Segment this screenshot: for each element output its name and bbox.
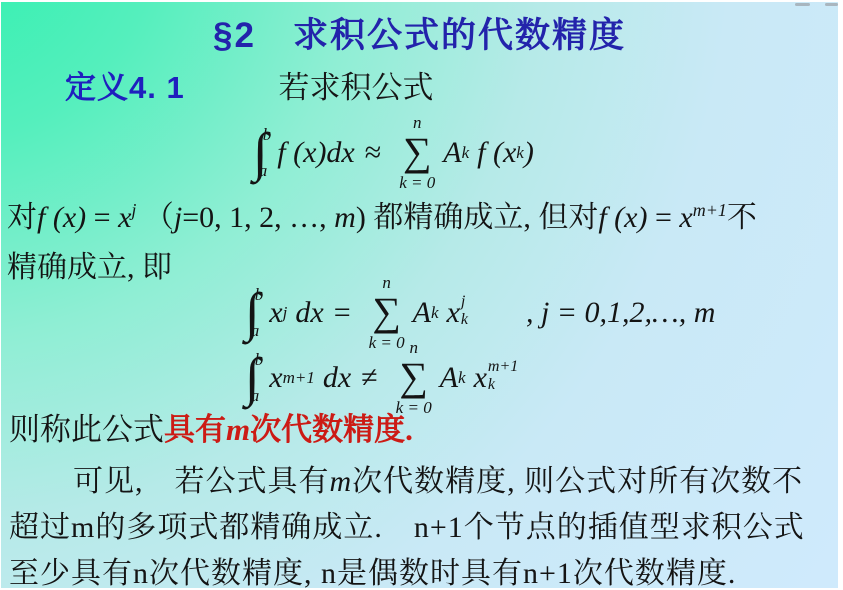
integral-sign: ∫ b a xyxy=(253,125,277,181)
approx-sign: ≈ xyxy=(365,136,381,170)
formula-quadrature: ∫ b a f (x)dx ≈ n ∑ k = 0 Ak f (xk ) xyxy=(253,114,534,191)
integral-upper-limit: b xyxy=(263,125,272,145)
condition-text-line1: 对f (x) = xj （j=0, 1, 2, …, m) 都精确成立, 但对f… xyxy=(7,192,757,236)
x-sub-sup: x j k xyxy=(447,295,468,330)
function-term: f (x xyxy=(477,136,516,170)
grey-dash-mark xyxy=(795,3,810,6)
definition-line: 定义4. 1 若求积公式 xyxy=(65,62,433,107)
integral-lower-limit: a xyxy=(259,161,268,181)
remark-line1: 可见, 若公式具有m次代数精度, 则公式对所有次数不 xyxy=(9,456,803,500)
integrand: f (x)dx xyxy=(277,136,354,170)
equals-sign: = xyxy=(334,296,351,330)
conclusion-red-text: 具有 xyxy=(164,412,226,447)
not-equals-sign: ≠ xyxy=(361,361,377,395)
slide-background: §2 求积公式的代数精度 定义4. 1 若求积公式 ∫ b a f (x)dx … xyxy=(1,2,838,588)
definition-label: 定义4. 1 xyxy=(65,70,185,105)
conclusion-black-text: 则称此公式 xyxy=(9,412,164,447)
coefficient: A xyxy=(443,136,461,170)
remark-line2: 超过m的多项式都精确成立. n+1个节点的插值型求积公式 xyxy=(9,502,805,546)
grey-dash-mark xyxy=(825,3,838,6)
remark-line3: 至少具有n次代数精度, n是偶数时具有n+1次代数精度. xyxy=(9,548,736,590)
slide-title: §2 求积公式的代数精度 xyxy=(1,8,838,58)
integral-sign: ∫ b a xyxy=(245,350,269,406)
integral-sign: ∫ b a xyxy=(245,285,269,341)
summation-sign: n ∑ k = 0 xyxy=(399,114,435,191)
definition-intro: 若求积公式 xyxy=(278,70,433,105)
x-sub-sup: x m+1 k xyxy=(474,360,519,395)
conclusion-line: 则称此公式具有m次代数精度. xyxy=(9,404,413,449)
condition-text-line2: 精确成立, 即 xyxy=(7,242,172,286)
index-range: , j = 0,1,2,…, m xyxy=(526,296,715,330)
